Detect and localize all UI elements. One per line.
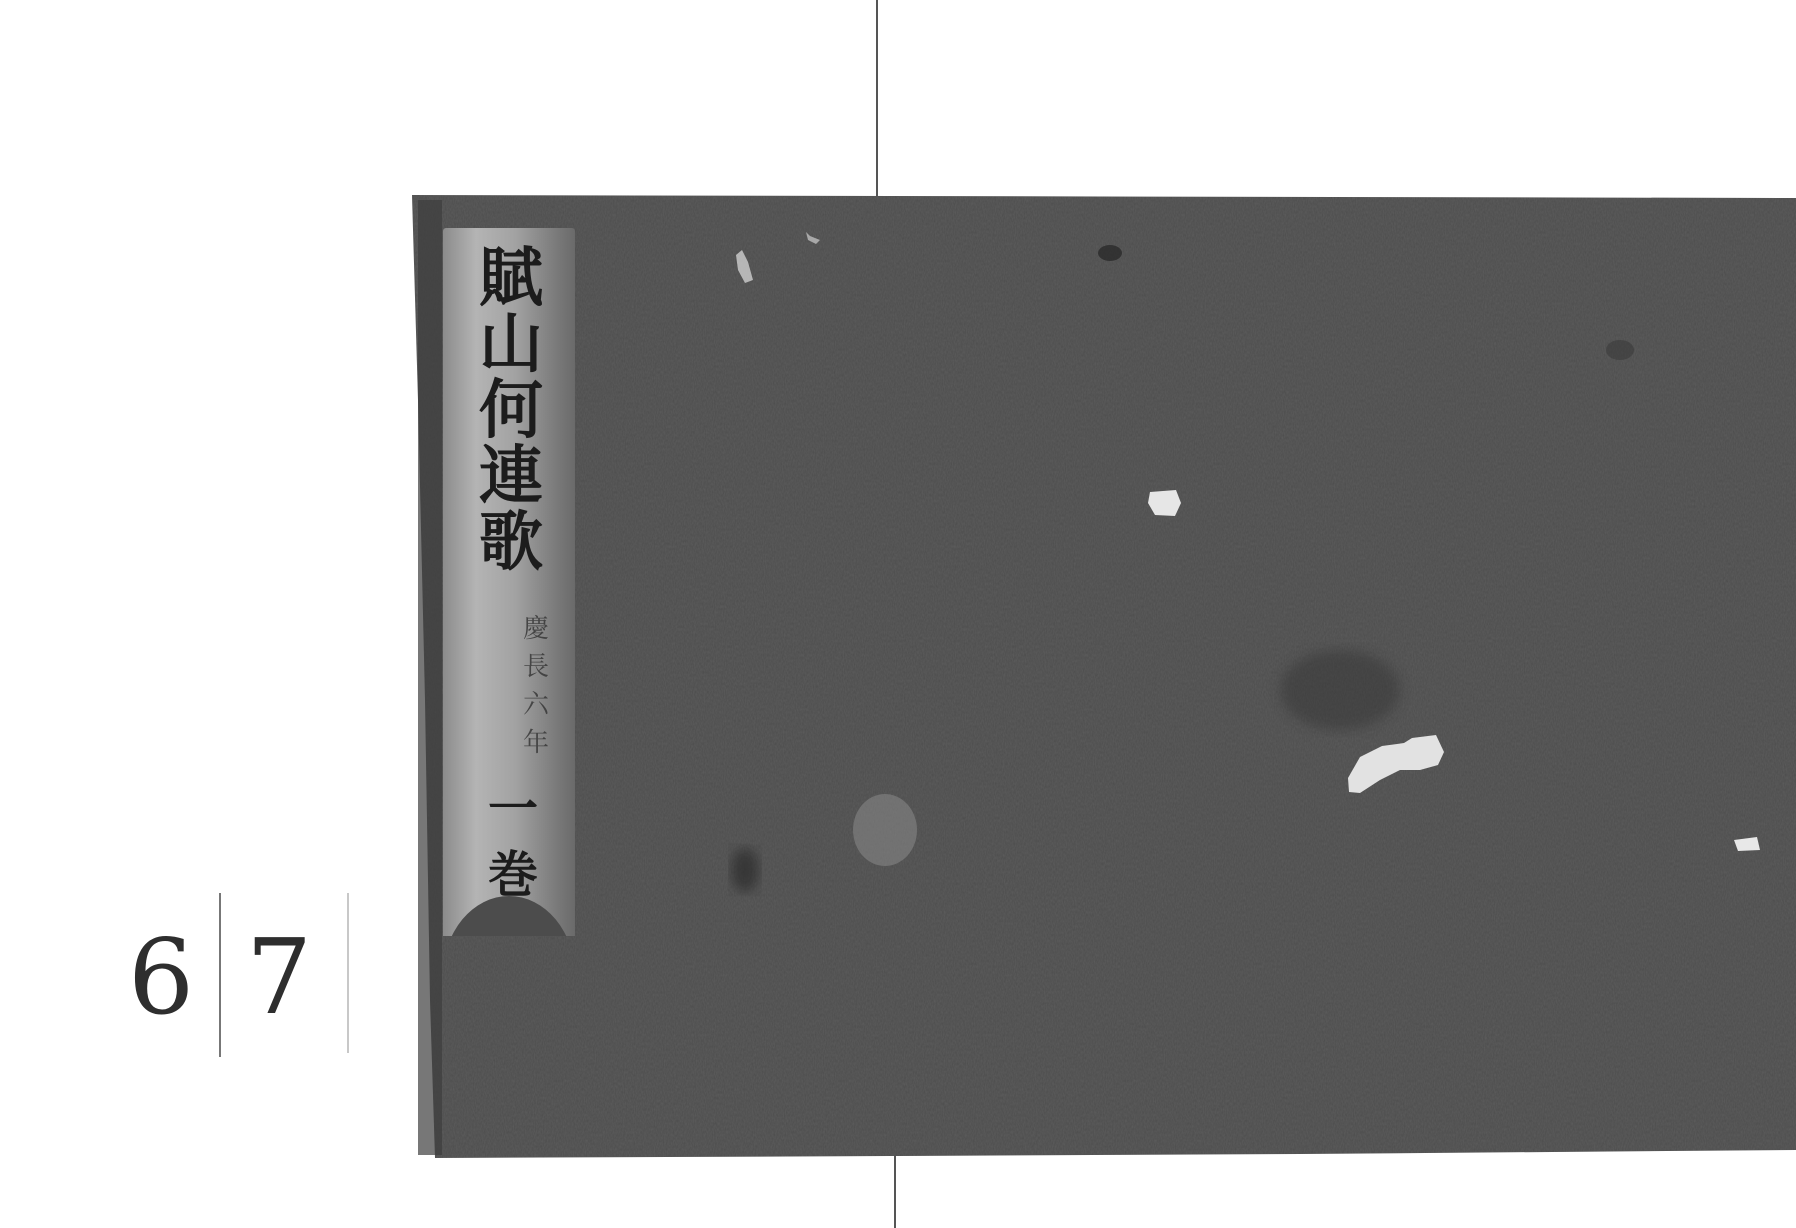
- annotation-char: 年: [523, 724, 549, 762]
- title-char: 歌: [479, 510, 543, 576]
- volume-count: 一 巻: [473, 776, 553, 908]
- annotation-char: 六: [523, 686, 549, 724]
- date-annotation: 慶 長 六 年: [521, 610, 551, 762]
- title-char: 何: [479, 378, 543, 444]
- annotation-char: 長: [523, 648, 549, 686]
- scroll-cover-photo: [0, 0, 1796, 1228]
- scroll-title: 賦 山 何 連 歌: [471, 246, 551, 576]
- title-char: 賦: [479, 246, 543, 312]
- annotation-char: 慶: [523, 610, 549, 648]
- volume-char: 巻: [488, 842, 538, 908]
- title-char: 連: [479, 444, 543, 510]
- title-label-slip: 賦 山 何 連 歌 慶 長 六 年 一 巻: [443, 228, 575, 936]
- title-char: 山: [479, 312, 543, 378]
- volume-char: 一: [488, 776, 538, 842]
